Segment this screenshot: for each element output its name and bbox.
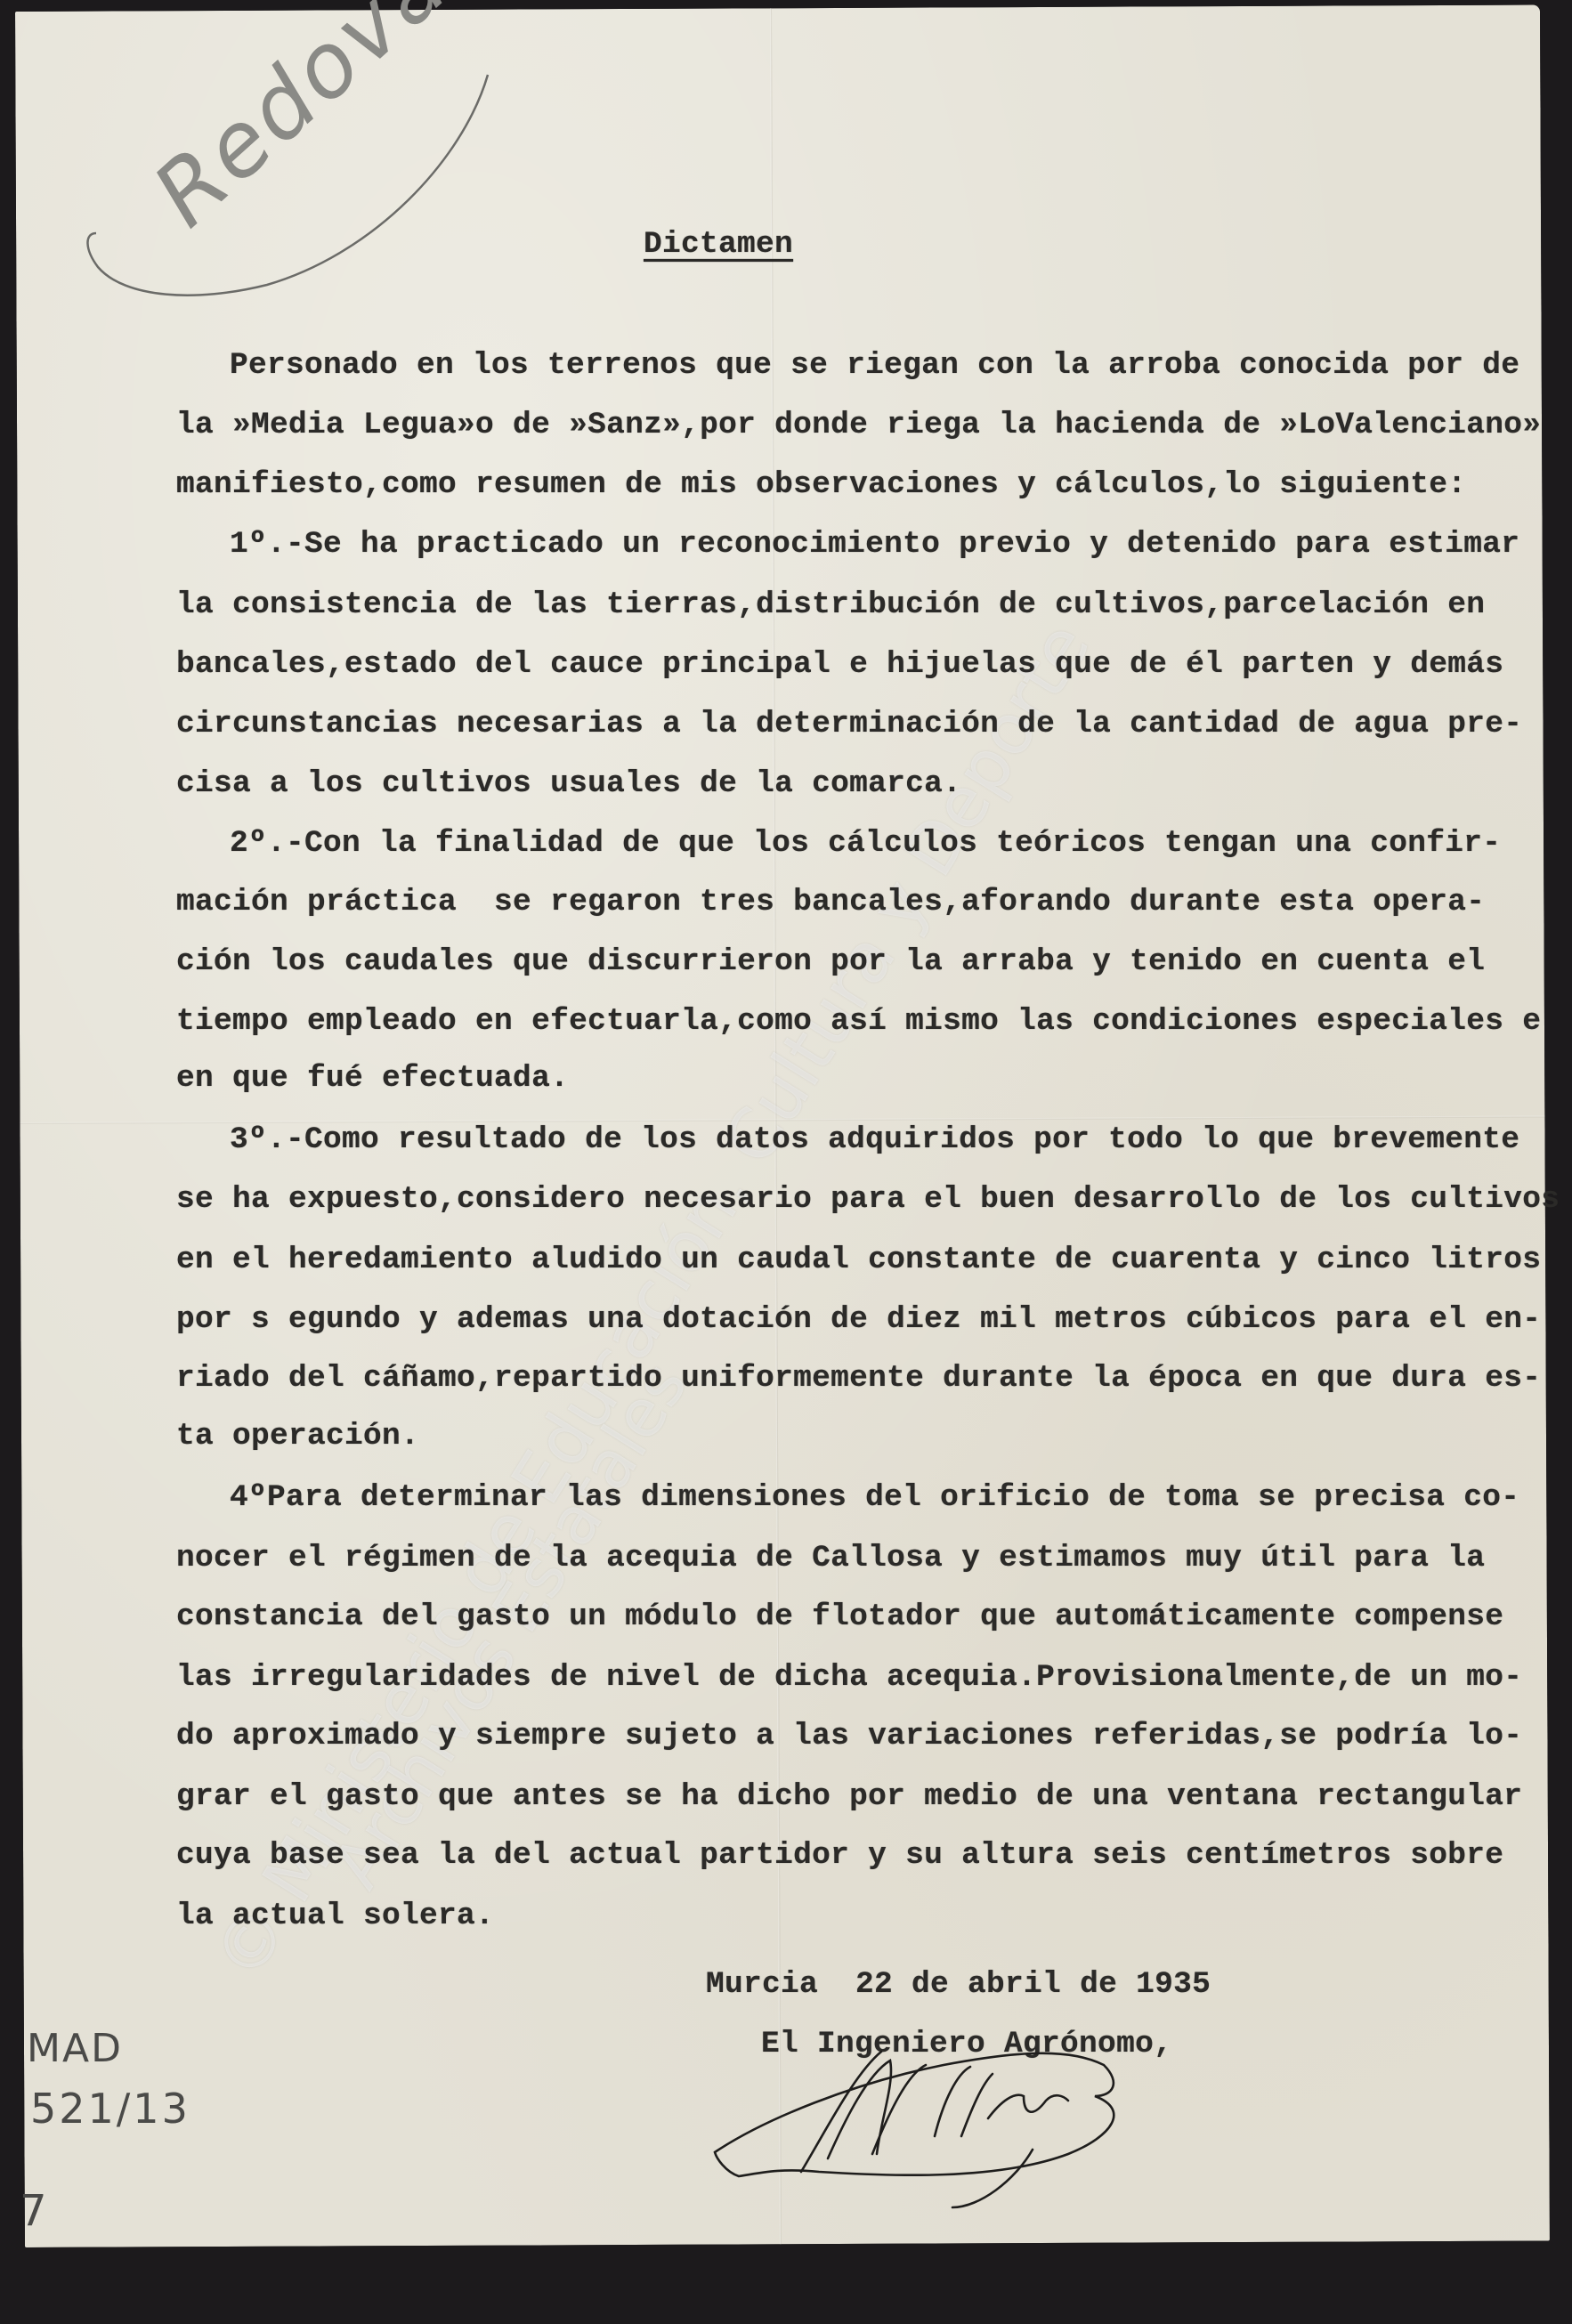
handwriting-overlay [0, 0, 1572, 2324]
redovan-underline-curve [87, 75, 488, 296]
signature-icon [715, 2052, 1114, 2207]
